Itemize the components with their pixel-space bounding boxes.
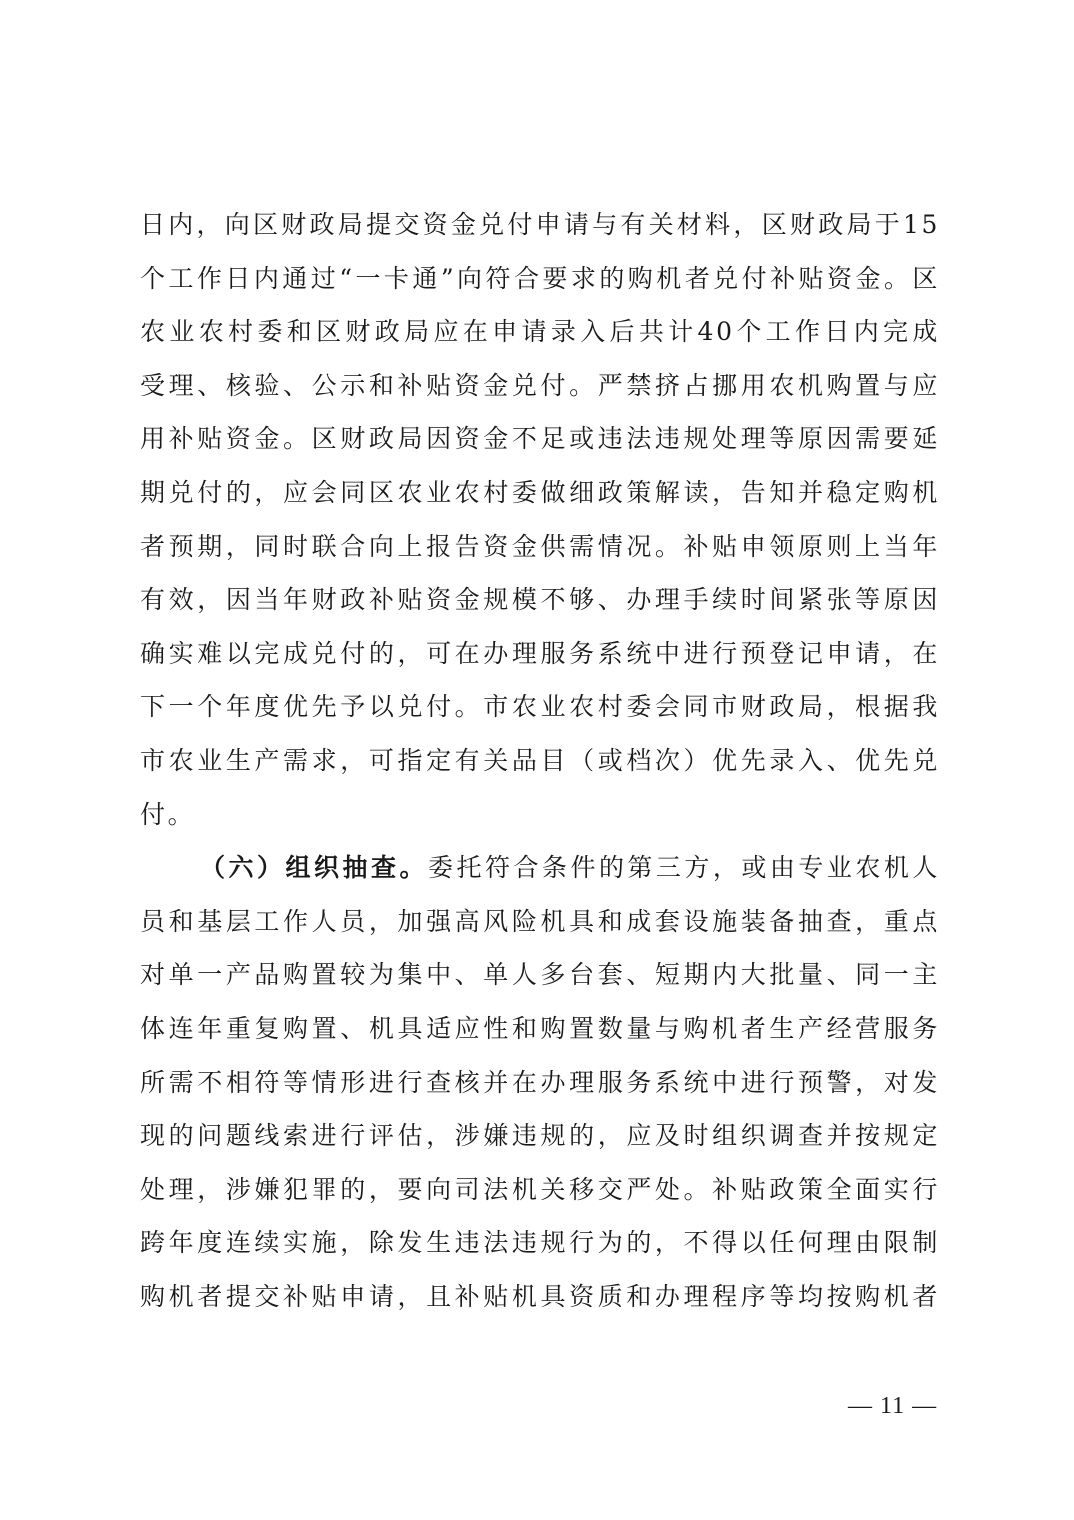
text-line: 者预期，同时联合向上报告资金供需情况。补贴申领原则上当年 <box>140 520 940 574</box>
text-line: 体连年重复购置、机具适应性和购置数量与购机者生产经营服务 <box>140 1002 940 1056</box>
text-line: 下一个年度优先予以兑付。市农业农村委会同市财政局，根据我 <box>140 680 940 734</box>
section-heading-line: （六）组织抽查。委托符合条件的第三方，或由专业农机人 <box>140 841 940 895</box>
text-line: 用补贴资金。区财政局因资金不足或违法违规处理等原因需要延 <box>140 412 940 466</box>
text-line: 现的问题线索进行评估，涉嫌违规的，应及时组织调查并按规定 <box>140 1109 940 1163</box>
text-line: 对单一产品购置较为集中、单人多台套、短期内大批量、同一主 <box>140 948 940 1002</box>
body-text: 日内，向区财政局提交资金兑付申请与有关材料，区财政局于15 个工作日内通过“一卡… <box>140 198 940 1323</box>
page-number: — 11 — <box>848 1393 937 1420</box>
text-line: 购机者提交补贴申请，且补贴机具资质和办理程序等均按购机者 <box>140 1270 940 1324</box>
text-line: 跨年度连续实施，除发生违法违规行为的，不得以任何理由限制 <box>140 1216 940 1270</box>
text-line: 个工作日内通过“一卡通”向符合要求的购机者兑付补贴资金。区 <box>140 252 940 306</box>
text-line: 有效，因当年财政补贴资金规模不够、办理手续时间紧张等原因 <box>140 573 940 627</box>
text-line: 农业农村委和区财政局应在申请录入后共计40个工作日内完成 <box>140 305 940 359</box>
text-line: 市农业生产需求，可指定有关品目（或档次）优先录入、优先兑 <box>140 734 940 788</box>
text-line: 付。 <box>140 788 940 842</box>
text-line: 受理、核验、公示和补贴资金兑付。严禁挤占挪用农机购置与应 <box>140 359 940 413</box>
text-line: 确实难以完成兑付的，可在办理服务系统中进行预登记申请，在 <box>140 627 940 681</box>
text-line: 期兑付的，应会同区农业农村委做细政策解读，告知并稳定购机 <box>140 466 940 520</box>
section-heading: （六）组织抽查。 <box>200 853 428 882</box>
text-line: 员和基层工作人员，加强高风险机具和成套设施装备抽查，重点 <box>140 895 940 949</box>
document-page: 日内，向区财政局提交资金兑付申请与有关材料，区财政局于15 个工作日内通过“一卡… <box>0 0 1074 1520</box>
text-line: 日内，向区财政局提交资金兑付申请与有关材料，区财政局于15 <box>140 198 940 252</box>
text-line: 处理，涉嫌犯罪的，要向司法机关移交严处。补贴政策全面实行 <box>140 1163 940 1217</box>
text-line: 所需不相符等情形进行查核并在办理服务系统中进行预警，对发 <box>140 1056 940 1110</box>
section-heading-rest: 委托符合条件的第三方，或由专业农机人 <box>428 853 940 882</box>
